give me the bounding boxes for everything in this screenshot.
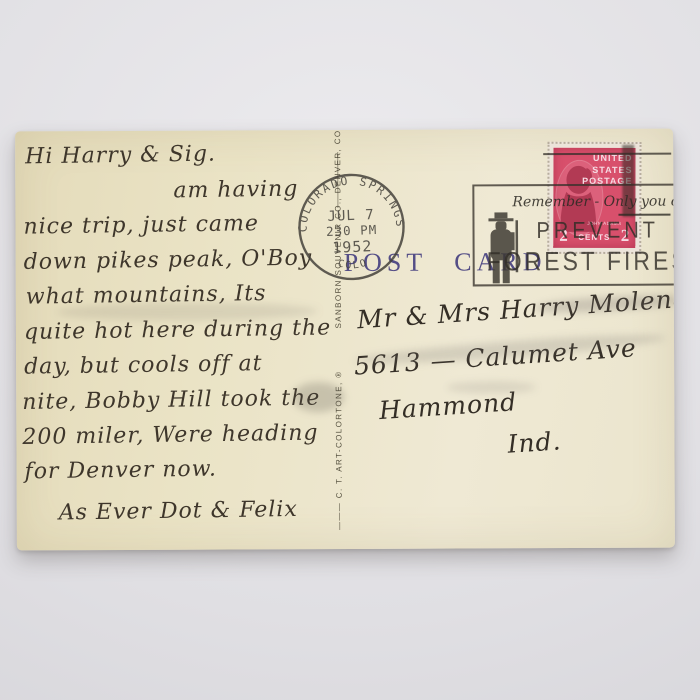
message-line: down pikes peak, O'Boy [23,246,312,275]
postmark-year: 1952 [332,237,373,257]
postcard: Hi Harry & Sig. am having nice trip, jus… [15,129,675,551]
publisher-colortone: ——— C. T. ART-COLORTONE, ® [334,370,344,530]
message-line: nice trip, just came [23,211,259,239]
address-block: Mr & Mrs Harry Molenaar 5613 — Calumet A… [346,284,675,306]
message-line: day, but cools off at [24,351,263,380]
signature-line: As Ever Dot & Felix [59,497,298,526]
cancel-ink-smear [622,145,634,217]
address-line: Mr & Mrs Harry Molenaar [356,282,675,335]
message-block: Hi Harry & Sig. am having nice trip, jus… [15,129,673,132]
address-line: Ind. [507,426,563,458]
message-line: am having [173,177,298,204]
slogan-script-line: Remember - Only you can [512,193,675,210]
postmark: COLORADO SPRINGS COLO JUL 7 230 PM 1952 [288,164,415,291]
photo-backdrop: Hi Harry & Sig. am having nice trip, jus… [0,0,700,700]
slogan-forest-fires-text: FOREST FIRES [487,245,675,277]
message-line: Hi Harry & Sig. [25,142,216,170]
message-line: 200 miler, Were heading [22,421,318,450]
cancel-bar-line [543,153,671,156]
slogan-cancel-box: Remember - Only you can PREVENT FOREST F… [472,183,675,286]
message-line: what mountains, Its [26,281,267,310]
address-line: Hammond [378,387,518,425]
slogan-prevent-text: PREVENT [536,218,659,245]
postmark-state-arc: COLO [336,257,370,272]
message-line: quite hot here during the [24,315,332,345]
svg-text:COLO: COLO [336,257,370,272]
message-line: for Denver now. [24,457,217,485]
message-line: nite, Bobby Hill took the [22,386,320,415]
address-line: 5613 — Calumet Ave [353,333,637,380]
